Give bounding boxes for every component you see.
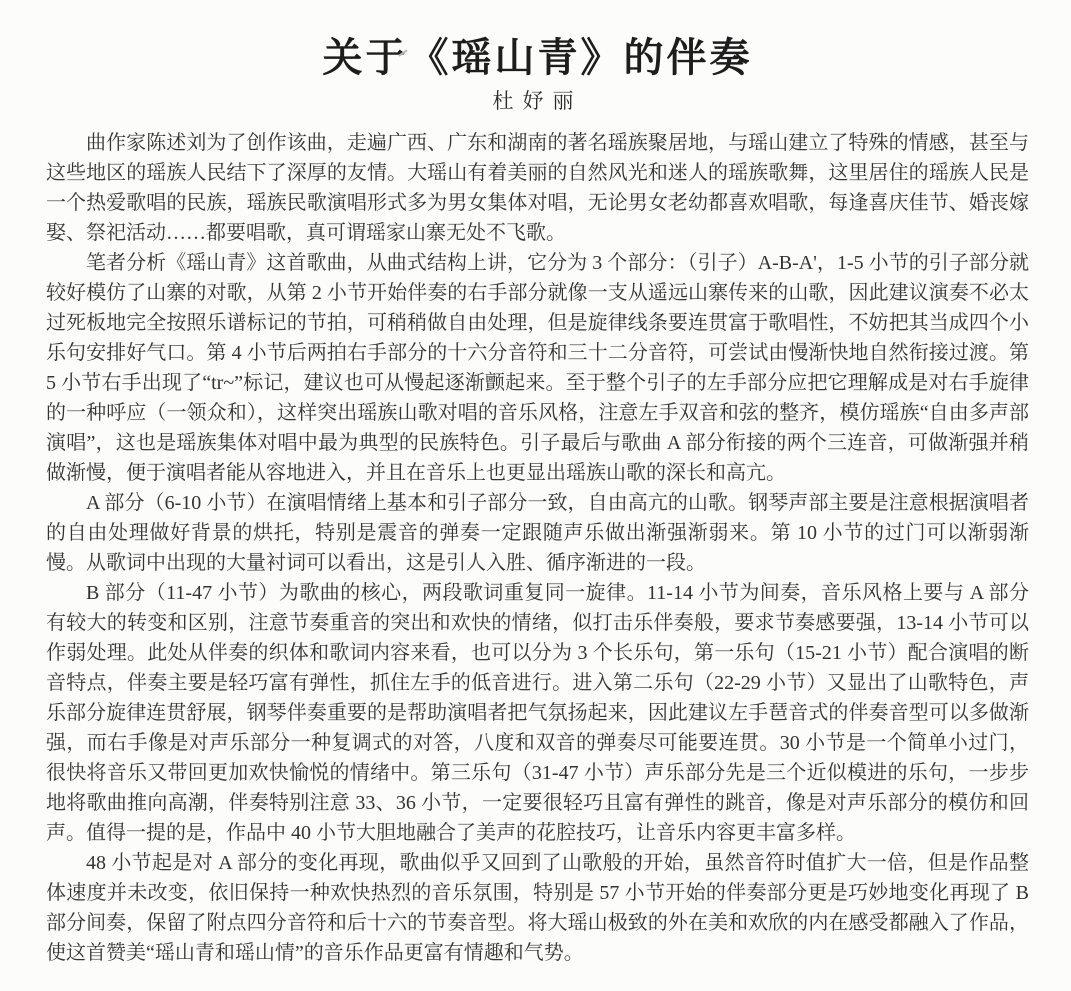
paragraph-2: 笔者分析《瑶山青》这首歌曲，从曲式结构上讲，它分为 3 个部分：（引子）A-B-… bbox=[46, 248, 1029, 488]
page-title: 关于《瑶山青》的伴奏 bbox=[46, 34, 1029, 82]
article-body: 曲作家陈述刘为了创作该曲，走遍广西、广东和湖南的著名瑶族聚居地，与瑶山建立了特殊… bbox=[46, 128, 1029, 968]
paragraph-4: B 部分（11-47 小节）为歌曲的核心，两段歌词重复同一旋律。11-14 小节… bbox=[46, 578, 1029, 848]
document-page: 关于《瑶山青》的伴奏 杜妤丽 曲作家陈述刘为了创作该曲，走遍广西、广东和湖南的著… bbox=[0, 0, 1071, 991]
paragraph-1: 曲作家陈述刘为了创作该曲，走遍广西、广东和湖南的著名瑶族聚居地，与瑶山建立了特殊… bbox=[46, 128, 1029, 248]
paragraph-5: 48 小节起是对 A 部分的变化再现，歌曲似乎又回到了山歌般的开始，虽然音符时值… bbox=[46, 848, 1029, 968]
paragraph-3: A 部分（6-10 小节）在演唱情绪上基本和引子部分一致，自由高亢的山歌。钢琴声… bbox=[46, 488, 1029, 578]
author-name: 杜妤丽 bbox=[46, 87, 1029, 115]
